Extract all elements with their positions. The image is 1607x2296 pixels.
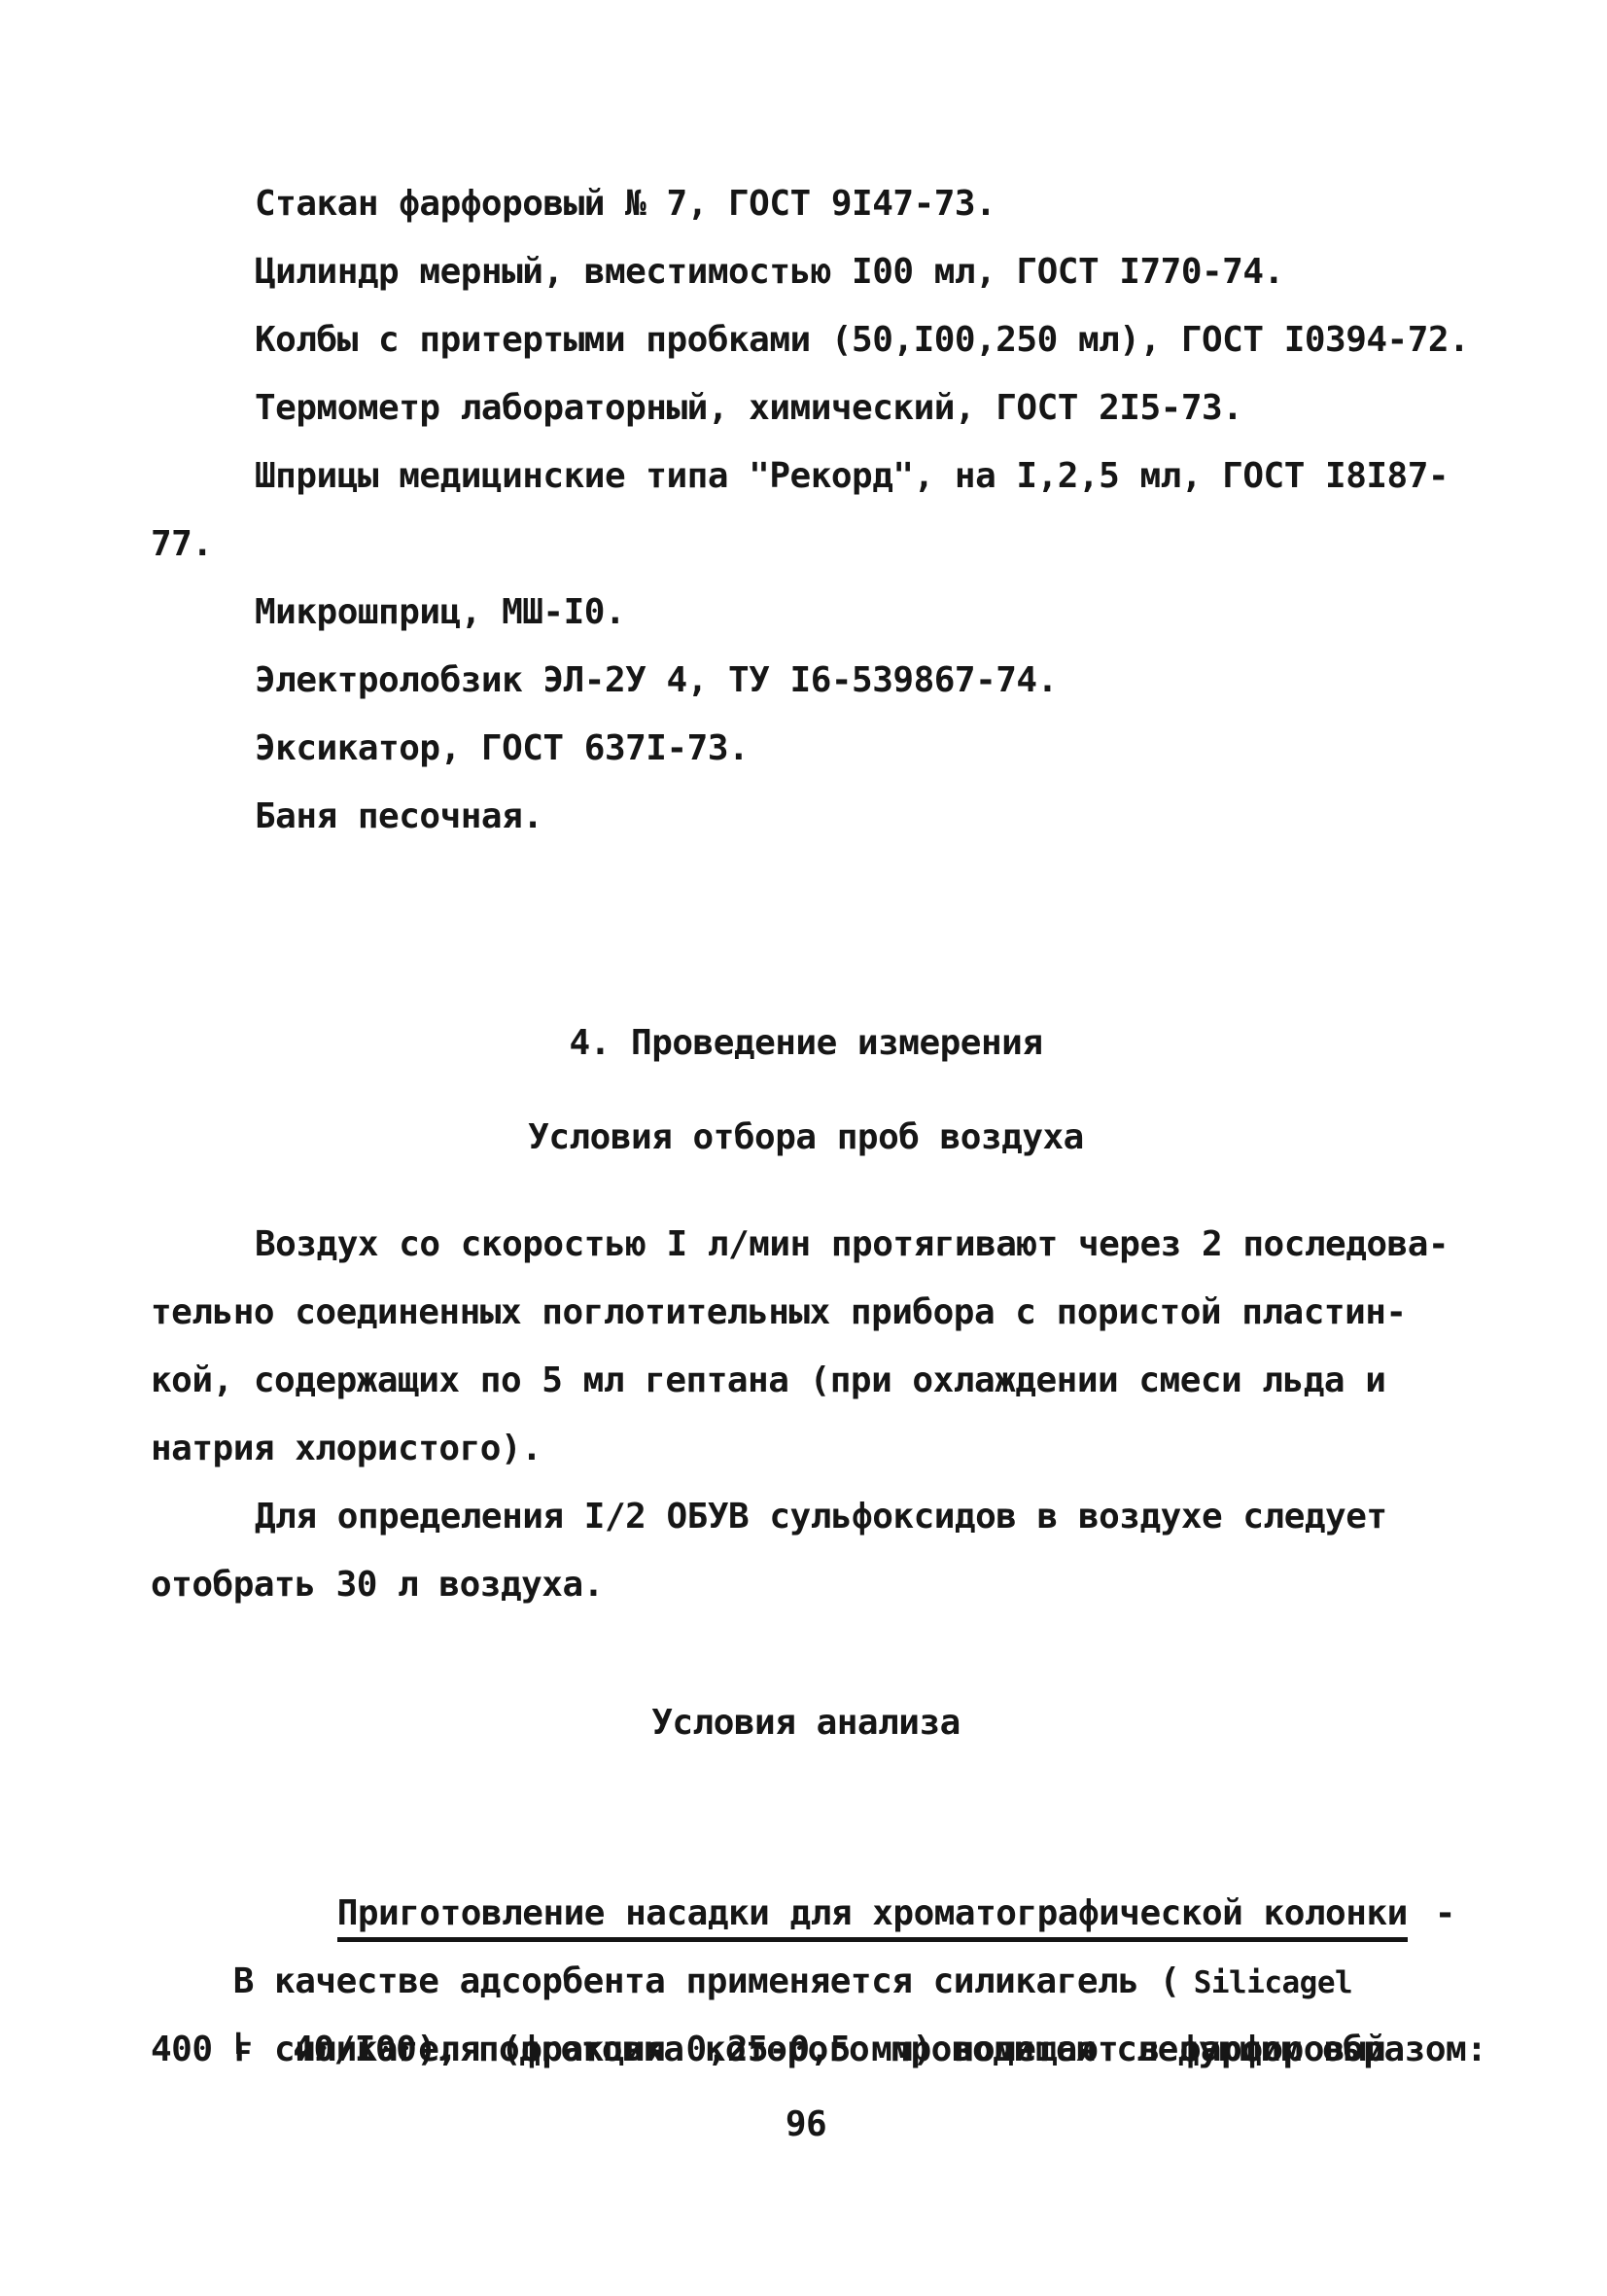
equipment-line: Эксикатор, ГОСТ 637I-73. (151, 715, 1510, 783)
sampling-paragraph-line: кой, содержащих по 5 мл гептана (при охл… (151, 1347, 1510, 1415)
equipment-line-continuation: 77. (151, 511, 1510, 579)
equipment-line: Стакан фарфоровый № 7, ГОСТ 9I47-73. (151, 170, 1510, 238)
document-page: Стакан фарфоровый № 7, ГОСТ 9I47-73. Цил… (0, 0, 1607, 2296)
equipment-line: Микрошприц, МШ-I0. (151, 579, 1510, 647)
sampling-paragraph-line: натрия хлористого). (151, 1415, 1510, 1483)
equipment-line: Шприцы медицинские типа "Рекорд", на I,2… (151, 442, 1510, 511)
volume-paragraph-line: отобрать 30 л воздуха. (151, 1551, 1510, 1619)
volume-paragraph-line: Для определения I/2 ОБУВ сульфоксидов в … (151, 1483, 1510, 1551)
equipment-line: Цилиндр мерный, вместимостью I00 мл, ГОС… (151, 238, 1510, 306)
equipment-line: Баня песочная. (151, 783, 1510, 851)
equipment-line: Термометр лабораторный, химический, ГОСТ… (151, 374, 1510, 442)
sampling-paragraph-line: Воздух со скоростью I л/мин протягивают … (151, 1211, 1510, 1279)
page-number: 96 (151, 2091, 1461, 2159)
section-4-heading: 4. Проведение измерения (151, 1009, 1461, 1077)
equipment-line: Колбы с притертыми пробками (50,I00,250 … (151, 306, 1510, 374)
analysis-conditions-heading: Условия анализа (151, 1689, 1461, 1757)
adsorbent-line1-latin-brand: Silicagel (1194, 1965, 1352, 2000)
sampling-conditions-heading: Условия отбора проб воздуха (151, 1104, 1461, 1172)
adsorbent-paragraph-line: 400 г силикагеля (фракция 0,25-0,5 мм) п… (151, 2016, 1510, 2084)
adsorbent-line1-text: В качестве адсорбента применяется силика… (233, 1961, 1180, 2001)
column-packing-heading: Приготовление насадки для хроматографиче… (151, 1812, 1510, 1880)
column-packing-heading-underlined: Приготовление насадки для хроматографиче… (337, 1893, 1408, 1942)
equipment-line: Электролобзик ЭЛ-2У 4, ТУ I6-539867-74. (151, 647, 1510, 715)
adsorbent-line2-latin-grade: L (233, 2028, 251, 2062)
column-packing-heading-dash: - (1435, 1893, 1455, 1933)
sampling-paragraph-line: тельно соединенных поглотительных прибор… (151, 1279, 1510, 1347)
